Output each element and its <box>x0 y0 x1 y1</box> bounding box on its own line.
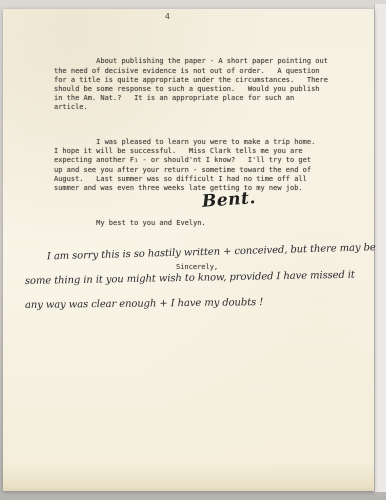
handwritten-signature: Bent. <box>201 188 256 212</box>
regards-line: My best to you and Evelyn. <box>54 219 359 228</box>
letter-page: 4 About publishing the paper - A short p… <box>3 9 374 491</box>
postscript-line: any way was clear enough + I have my dou… <box>25 296 381 314</box>
scanned-letter-photo: 4 About publishing the paper - A short p… <box>0 0 386 500</box>
handwritten-postscript: I am sorry this is so hastily written + … <box>25 252 381 324</box>
postscript-line: some thing in it you might wish to know,… <box>25 269 381 290</box>
page-number: 4 <box>165 12 170 21</box>
paragraph-trip-home: I was pleased to learn you were to make … <box>54 138 359 193</box>
paragraph-about-publishing: About publishing the paper - A short pap… <box>54 57 359 112</box>
